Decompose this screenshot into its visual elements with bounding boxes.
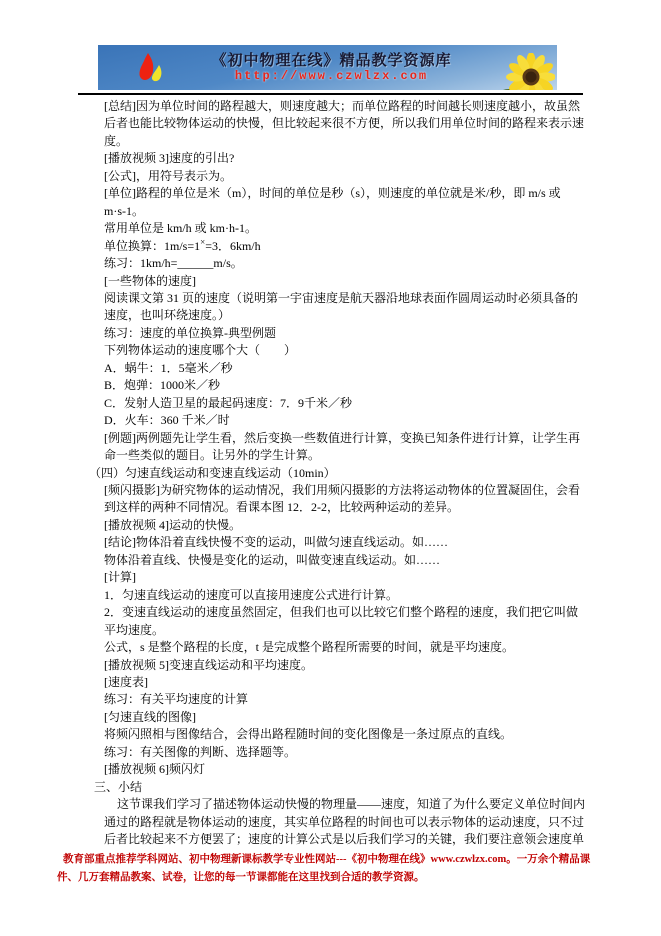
text-line: [总结]因为单位时间的路程越大，则速度越大；而单位路程的时间越长则速度越小，故虽… bbox=[104, 98, 609, 115]
text-line: 命一些类似的题目。让另外的学生计算。 bbox=[104, 447, 609, 464]
text-line: 下列物体运动的速度哪个大（ ） bbox=[104, 342, 609, 359]
text-line: [例题]两例题先让学生看，然后变换一些数值进行计算，变换已知条件进行计算，让学生… bbox=[104, 430, 609, 447]
text-line: [播放视频 5]变速直线运动和平均速度。 bbox=[104, 657, 609, 674]
text-line: A．蜗牛：1．5毫米／秒 bbox=[104, 360, 609, 377]
text-line: [计算] bbox=[104, 569, 609, 586]
text-line: 常用单位是 km/h 或 km·h-1。 bbox=[104, 220, 609, 237]
text-line: [播放视频 6]频闪灯 bbox=[104, 761, 609, 778]
footer-note: 教育部重点推荐学科网站、初中物理新课标教学专业性网站---《初中物理在线》www… bbox=[57, 851, 609, 886]
text-line: [速度表] bbox=[104, 674, 609, 691]
site-banner: 《初中物理在线》精品教学资源库 http://www.czwlzx.com bbox=[98, 45, 557, 90]
text-line: [播放视频 3]速度的引出? bbox=[104, 150, 609, 167]
flame-logo-icon bbox=[134, 52, 170, 88]
text-line: 练习：有关平均速度的计算 bbox=[104, 691, 609, 708]
text-line: （四）匀速直线运动和变速直线运动（10min） bbox=[89, 465, 609, 482]
text-line: 平均速度。 bbox=[104, 622, 609, 639]
text-line: 练习：1km/h=______m/s。 bbox=[104, 255, 609, 272]
document-body: [总结]因为单位时间的路程越大，则速度越大；而单位路程的时间越长则速度越小，故虽… bbox=[104, 98, 609, 848]
text-line: 后者也能比较物体运动的快慢，但比较起来很不方便，所以我们用单位时间的路程来表示速 bbox=[104, 115, 609, 132]
text-line: 练习：有关图像的判断、选择题等。 bbox=[104, 744, 609, 761]
text-line: 速度，也叫环绕速度。） bbox=[104, 307, 609, 324]
text-line: m·s-1。 bbox=[104, 203, 609, 220]
text-line: 阅读课文第 31 页的速度（说明第一宇宙速度是航天器沿地球表面作圆周运动时必须具… bbox=[104, 290, 609, 307]
banner-divider bbox=[78, 93, 583, 95]
footer-line-2: 件、几万套精品教案、试卷，让您的每一节课都能在这里找到合适的教学资源。 bbox=[57, 869, 609, 887]
document-page: 《初中物理在线》精品教学资源库 http://www.czwlzx.com bbox=[0, 0, 661, 936]
text-line: C．发射人造卫星的最起码速度：7．9千米／秒 bbox=[104, 395, 609, 412]
text-line: [公式]，用符号表示为。 bbox=[104, 168, 609, 185]
text-line: 物体沿着直线、快慢是变化的运动，叫做变速直线运动。如…… bbox=[104, 552, 609, 569]
text-line: 1．匀速直线运动的速度可以直接用速度公式进行计算。 bbox=[104, 587, 609, 604]
text-line: 通过的路程就是物体运动的速度，其实单位路程的时间也可以表示物体的运动速度，只不过 bbox=[104, 814, 609, 831]
text-line: [结论]物体沿着直线快慢不变的运动，叫做匀速直线运动。如…… bbox=[104, 534, 609, 551]
text-line: 这节课我们学习了描述物体运动快慢的物理量——速度，知道了为什么要定义单位时间内 bbox=[117, 796, 609, 813]
text-line: 单位换算：1m/s=1×=3．6km/h bbox=[104, 238, 609, 255]
footer-line-1: 教育部重点推荐学科网站、初中物理新课标教学专业性网站---《初中物理在线》www… bbox=[57, 851, 609, 869]
banner-title: 《初中物理在线》精品教学资源库 bbox=[176, 49, 487, 70]
text-line: [播放视频 4]运动的快慢。 bbox=[104, 517, 609, 534]
text-line: [频闪摄影]为研究物体的运动情况，我们用频闪摄影的方法将运动物体的位置凝固住，会… bbox=[104, 482, 609, 499]
text-line: [单位]路程的单位是米（m），时间的单位是秒（s），则速度的单位就是米/秒，即 … bbox=[104, 185, 609, 202]
text-line: B．炮弹：1000米／秒 bbox=[104, 377, 609, 394]
text-line: 公式，s 是整个路程的长度，t 是完成整个路程所需要的时间，就是平均速度。 bbox=[104, 639, 609, 656]
text-line: 度。 bbox=[104, 133, 609, 150]
text-line: 三、小结 bbox=[94, 779, 609, 796]
text-line: 练习：速度的单位换算-典型例题 bbox=[104, 325, 609, 342]
text-line: 将频闪照相与图像结合，会得出路程随时间的变化图像是一条过原点的直线。 bbox=[104, 726, 609, 743]
text-line: [一些物体的速度] bbox=[104, 273, 609, 290]
sunflower-icon bbox=[497, 53, 555, 90]
text-line: 到这样的两种不同情况。看课本图 12．2-2，比较两种运动的差异。 bbox=[104, 499, 609, 516]
text-line: 后者比较起来不方便罢了；速度的计算公式是以后我们学习的关键，我们要注意领会速度单 bbox=[104, 831, 609, 848]
text-line: 2．变速直线运动的速度虽然固定，但我们也可以比较它们整个路程的速度，我们把它叫做 bbox=[104, 604, 609, 621]
text-line: D．火车：360 千米／时 bbox=[104, 412, 609, 429]
text-line: [匀速直线的图像] bbox=[104, 709, 609, 726]
banner-url-link[interactable]: http://www.czwlzx.com bbox=[176, 69, 487, 83]
